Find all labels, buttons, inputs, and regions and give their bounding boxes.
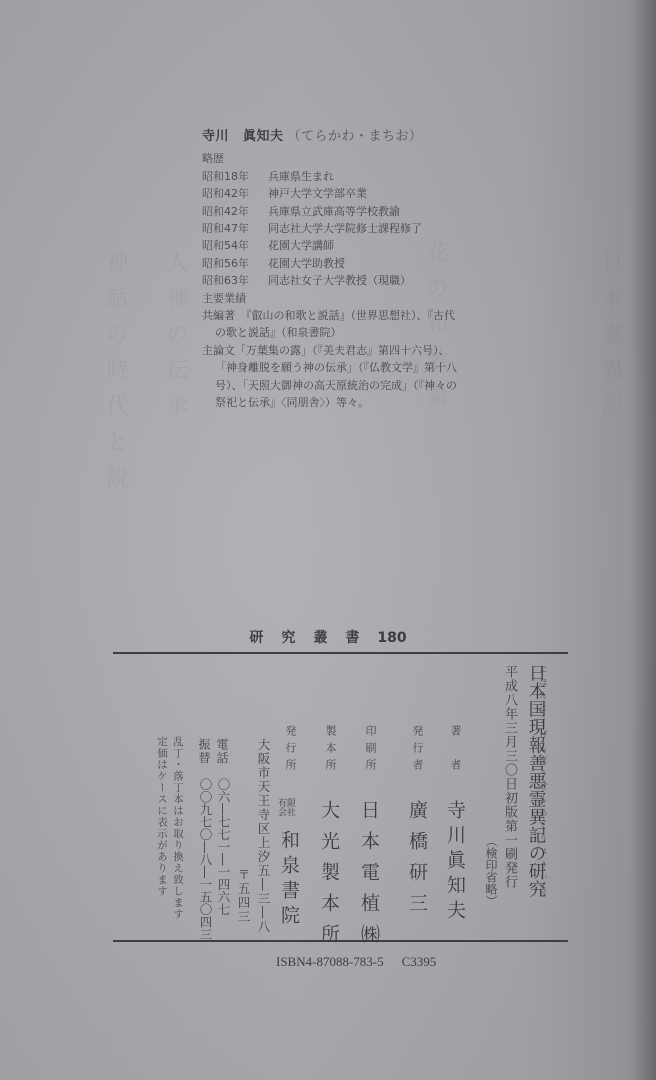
author-value: 寺川眞知夫 bbox=[442, 800, 469, 925]
history-event: 兵庫県生まれ bbox=[268, 168, 334, 185]
history-year: 昭和18年 bbox=[202, 168, 268, 185]
transfer-account: 〇〇九七〇―八―一五〇四三 bbox=[196, 778, 214, 941]
major-papers: 主論文「万葉集の露」（『美夫君志』第四十六号）、 bbox=[202, 342, 502, 359]
history-year: 昭和47年 bbox=[202, 220, 268, 237]
house-label: 発行所 bbox=[282, 725, 298, 776]
history-row: 昭和56年花園大学助教授 bbox=[202, 255, 502, 272]
history-heading: 略歴 bbox=[202, 150, 502, 167]
colophon-top-rule bbox=[113, 652, 568, 654]
classification-code: C3395 bbox=[402, 954, 437, 969]
history-row: 昭和42年神戸大学文学部卒業 bbox=[202, 185, 502, 202]
series-char: 究 bbox=[281, 627, 295, 647]
company-kind-text: 有限会社 bbox=[277, 800, 297, 818]
publisher-value: 廣橋研三 bbox=[404, 800, 431, 924]
works-list: 共編著 『叡山の和歌と説話』（世界思想社）、『古代 の歌と説話』（和泉書院） 主… bbox=[202, 307, 502, 411]
series-number: 180 bbox=[377, 630, 406, 646]
coauthored-works: 共編著 『叡山の和歌と説話』（世界思想社）、『古代 bbox=[202, 307, 502, 324]
history-year: 昭和63年 bbox=[202, 272, 268, 289]
author-given-name: 眞知夫 bbox=[243, 129, 284, 144]
price-note: 定価はケースに表示があります bbox=[155, 736, 170, 897]
printer-label: 印刷所 bbox=[362, 725, 378, 776]
history-row: 昭和47年同志社大学大学院修士課程修了 bbox=[202, 220, 502, 237]
publisher-label: 発行者 bbox=[409, 725, 425, 776]
history-year: 昭和42年 bbox=[202, 185, 268, 202]
isbn-line: ISBN4-87088-783-5C3395 bbox=[276, 954, 436, 970]
history-event: 兵庫県立武庫高等学校教諭 bbox=[268, 203, 400, 220]
seal-omitted-note: （検印省略） bbox=[483, 835, 500, 907]
history-event: 神戸大学文学部卒業 bbox=[268, 185, 367, 202]
show-through-text: 人神の伝承 bbox=[160, 250, 191, 430]
works-heading: 主要業績 bbox=[202, 290, 502, 307]
history-year: 昭和54年 bbox=[202, 237, 268, 254]
phone-label: 電話 bbox=[214, 738, 231, 765]
history-year: 昭和42年 bbox=[202, 203, 268, 220]
author-surname: 寺川 bbox=[202, 129, 229, 144]
series-title: 研究叢書180 bbox=[0, 627, 656, 647]
address: 大阪市天王寺区上汐五―三―八 bbox=[254, 738, 272, 934]
author-label: 著 者 bbox=[447, 725, 463, 776]
show-through-text: 日本霊異記 bbox=[595, 250, 626, 430]
history-row: 昭和18年兵庫県生まれ bbox=[202, 168, 502, 185]
transfer-label: 振替 bbox=[196, 738, 213, 765]
history-year: 昭和56年 bbox=[202, 255, 268, 272]
history-row: 昭和42年兵庫県立武庫高等学校教諭 bbox=[202, 203, 502, 220]
major-papers-cont: 号）、「天照大御神の高天原統治の完成」（『神々の bbox=[202, 377, 502, 394]
show-through-text: 神話の時代と説 bbox=[100, 250, 131, 502]
history-event: 同志社女子大学教授（現職） bbox=[268, 272, 411, 289]
history-row: 昭和54年花園大学講師 bbox=[202, 237, 502, 254]
publication-date: 平成八年三月三〇日初版第一刷発行 bbox=[500, 665, 519, 889]
binder-label: 製本所 bbox=[322, 725, 338, 776]
series-char: 研 bbox=[249, 627, 263, 647]
house-value: 和泉書院 bbox=[276, 830, 303, 930]
isbn-code: ISBN4-87088-783-5 bbox=[276, 954, 384, 969]
book-title: 日本国現報善悪霊異記の研究 bbox=[524, 664, 549, 898]
author-biography: 寺川眞知夫（てらかわ・まちお） 略歴 昭和18年兵庫県生まれ 昭和42年神戸大学… bbox=[202, 128, 502, 412]
series-char: 叢 bbox=[313, 627, 327, 647]
history-row: 昭和63年同志社女子大学教授（現職） bbox=[202, 272, 502, 289]
company-kind: 有限会社 bbox=[276, 800, 298, 818]
major-papers-cont: 「神身離脱を願う神の伝承」（『仏教文学』第十八 bbox=[202, 359, 502, 376]
misprint-exchange-note: 乱丁・落丁本はお取り換え致します bbox=[171, 736, 186, 920]
postal-code: 〒五四三 bbox=[234, 868, 252, 924]
series-char: 書 bbox=[345, 627, 359, 647]
binder-value: 大光製本所 bbox=[316, 800, 343, 955]
history-event: 花園大学講師 bbox=[268, 237, 334, 254]
author-name-row: 寺川眞知夫（てらかわ・まちお） bbox=[202, 128, 502, 145]
phone-number: 〇六―七七一―一四六七 bbox=[214, 778, 232, 916]
history-event: 同志社大学大学院修士課程修了 bbox=[268, 220, 422, 237]
coauthored-works-cont: の歌と説話』（和泉書院） bbox=[202, 324, 502, 341]
major-papers-cont: 祭祀と伝承』〈同朋舎〉）等々。 bbox=[202, 394, 502, 411]
history-event: 花園大学助教授 bbox=[268, 255, 345, 272]
author-name-reading: （てらかわ・まちお） bbox=[288, 129, 423, 144]
printer-value: 日本電植㈱ bbox=[356, 800, 383, 955]
